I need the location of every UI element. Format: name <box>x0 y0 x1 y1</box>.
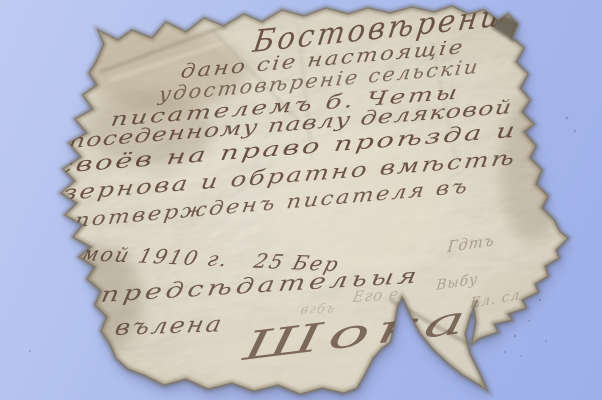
handwriting-line: вълена <box>113 311 226 341</box>
manuscript-photo-canvas: Бостовѣрени дано сіе настоящіе удостовѣр… <box>0 0 602 400</box>
handwriting-marginalia: Его е <box>350 285 400 306</box>
handwriting-marginalia: вгбъ <box>299 301 337 318</box>
photo-of-old-manuscript: Бостовѣрени дано сіе настоящіе удостовѣр… <box>0 0 602 400</box>
